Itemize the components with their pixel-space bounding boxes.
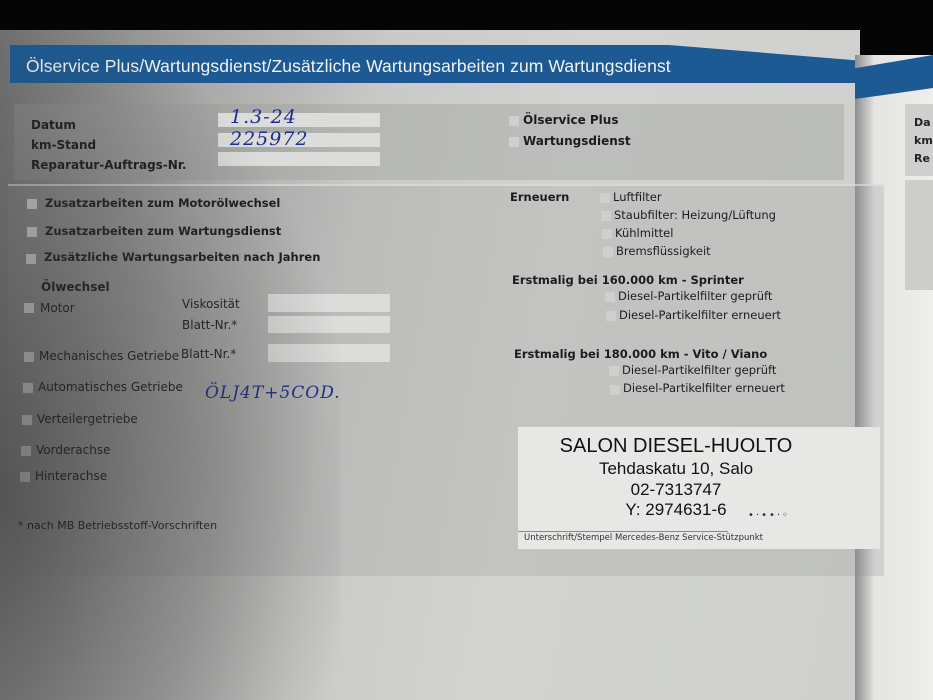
next-page-label-rep: Re [914,152,930,165]
oelservice-plus-label: Ölservice Plus [523,113,618,127]
signature-line [518,531,728,532]
sprinter-dpf-checked-checkbox[interactable] [605,292,615,302]
automatic-gearbox-label: Automatisches Getriebe [38,380,183,394]
additional-service-label: Zusatzarbeiten zum Wartungsdienst [45,224,281,238]
vito-heading: Erstmalig bei 180.000 km - Vito / Viano [514,347,767,361]
viscosity-label: Viskosität [182,297,240,311]
motor-checkbox[interactable] [24,303,34,313]
stamp-company-name: SALON DIESEL-HUOLTO [526,435,826,458]
transfer-case-label: Verteilergetriebe [37,412,138,426]
manual-gearbox-sheet-field[interactable] [268,344,390,362]
stamp-phone: 02-7313747 [526,480,826,500]
km-value: 225972 [230,128,309,150]
sprinter-dpf-renewed-checkbox[interactable] [606,311,616,321]
brake-fluid-checkbox[interactable] [603,247,613,257]
air-filter-label: Luftfilter [613,190,662,204]
rear-axle-checkbox[interactable] [20,472,30,482]
order-number-label: Reparatur-Auftrags-Nr. [31,158,187,172]
sprinter-dpf-checked-label: Diesel-Partikelfilter geprüft [618,289,772,303]
coolant-label: Kühlmittel [615,226,673,240]
additional-motoroil-label: Zusatzarbeiten zum Motorölwechsel [45,196,280,210]
renew-heading: Erneuern [510,190,569,204]
next-page-main-box [905,180,933,290]
viscosity-field[interactable] [268,294,390,312]
wartungsdienst-label: Wartungsdienst [523,134,631,148]
brake-fluid-label: Bremsflüssigkeit [616,244,711,258]
coolant-checkbox[interactable] [602,229,612,239]
transfer-case-checkbox[interactable] [22,415,32,425]
page-title: Ölservice Plus/Wartungsdienst/Zusätzlich… [26,56,671,77]
vito-dpf-checked-checkbox[interactable] [609,366,619,376]
next-page-label-datum: Da [914,116,931,129]
manual-gearbox-label: Mechanisches Getriebe [39,349,179,363]
front-axle-checkbox[interactable] [21,446,31,456]
air-filter-checkbox[interactable] [600,193,610,203]
date-value: 1.3-24 [230,106,297,128]
date-label: Datum [31,118,76,132]
oil-change-heading: Ölwechsel [41,280,110,294]
rear-axle-label: Hinterachse [35,469,107,483]
motor-sheet-label: Blatt-Nr.* [182,318,237,332]
cabin-filter-label: Staubfilter: Heizung/Lüftung [614,208,776,222]
stamp-caption: Unterschrift/Stempel Mercedes-Benz Servi… [524,533,763,543]
sprinter-dpf-renewed-label: Diesel-Partikelfilter erneuert [619,308,781,322]
vito-dpf-checked-label: Diesel-Partikelfilter geprüft [622,363,776,377]
vito-dpf-renewed-label: Diesel-Partikelfilter erneuert [623,381,785,395]
stamp-address: Tehdaskatu 10, Salo [526,459,826,479]
sprinter-heading: Erstmalig bei 160.000 km - Sprinter [512,273,744,287]
km-label: km-Stand [31,138,96,152]
additional-years-checkbox[interactable] [26,254,36,264]
additional-years-label: Zusätzliche Wartungsarbeiten nach Jahren [44,250,320,264]
cabin-filter-checkbox[interactable] [601,211,611,221]
wartungsdienst-checkbox[interactable] [509,137,519,147]
footnote: * nach MB Betriebsstoff-Vorschriften [18,519,217,532]
front-axle-label: Vorderachse [36,443,110,457]
additional-motoroil-checkbox[interactable] [27,199,37,209]
oelservice-plus-checkbox[interactable] [509,116,519,126]
next-page-label-km: km [914,134,933,147]
ink-smudge: •·••·◦ [748,510,790,521]
additional-service-checkbox[interactable] [27,227,37,237]
manual-gearbox-checkbox[interactable] [24,352,34,362]
motor-sheet-field[interactable] [268,316,390,333]
automatic-gearbox-checkbox[interactable] [23,383,33,393]
motor-label: Motor [40,301,75,315]
order-number-field[interactable] [218,152,380,166]
vito-dpf-renewed-checkbox[interactable] [610,385,620,395]
manual-gearbox-sheet-label: Blatt-Nr.* [181,347,236,361]
automatic-gearbox-handwritten-note: ÖLJ4T+5COD. [205,383,341,403]
